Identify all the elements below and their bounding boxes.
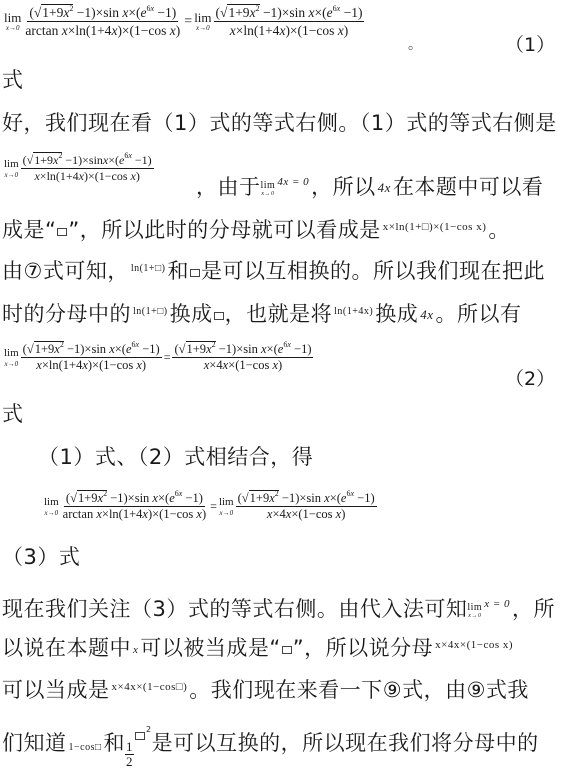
lhs-fraction: (√1+9x2 −1)×sin x×(e6x −1) arctan x×ln(1… xyxy=(23,4,182,39)
text-line: 式 xyxy=(2,402,24,426)
equation-1: limx→0 (√1+9x2 −1)×sin x×(e6x −1) arctan… xyxy=(4,4,364,39)
text-line: 好，我们现在看（1）式的等式右侧。（1）式的等式右侧是 xyxy=(2,111,557,135)
limit-operator: limx→0 xyxy=(4,11,21,32)
text-line: 可以当成是x×4x×(1−cos□)。我们现在来看一下⑨式，由⑨式我 xyxy=(2,675,529,702)
text-line: 现在我们关注（3）式的等式右侧。由代入法可知limx→0x = 0，所 xyxy=(2,592,555,621)
blank-box-icon xyxy=(214,312,224,320)
end-punct: 。 xyxy=(408,34,422,54)
text-line: 成是“”，所以此时的分母就可以看成是x×ln(1+□)×(1−cos x)。 xyxy=(2,215,510,242)
equation-2: limx→0 (√1+9x2 −1)×sin x×(e6x −1) x×ln(1… xyxy=(4,341,313,373)
blank-box-icon xyxy=(57,228,67,236)
limit-operator: limx→0 xyxy=(194,11,211,32)
text-line: 们知道1−cos□和122是可以互换的，所以现在我们将分母中的 xyxy=(2,730,539,769)
text-line: （1）式、（2）式相结合，得 xyxy=(38,445,313,469)
text-line: 由⑦式可知，ln(1+□)和是可以互相换的。所以我们现在把此 xyxy=(2,257,545,283)
blank-box-icon xyxy=(135,732,145,740)
blank-box-icon xyxy=(282,646,292,654)
text-line: 式 xyxy=(2,68,24,92)
blank-box-icon xyxy=(190,269,200,277)
equation-3: limx→0 (√1+9x2 −1)×sin x×(e6x −1) arctan… xyxy=(44,490,377,522)
equation-label-3: （3）式 xyxy=(2,545,80,569)
fraction-one-half: 12 xyxy=(125,740,134,769)
equation-label-1: （1） xyxy=(505,30,555,57)
text-line: 时的分母中的ln(1+□)换成，也就是将ln(1+4x)换成4x。所以有 xyxy=(2,300,521,327)
equation-label-2: （2） xyxy=(505,364,555,391)
text-line: ，由于limx→04x = 0，所以4x在本题中可以看 xyxy=(196,170,543,200)
rhs-fraction: (√1+9x2 −1)×sin x×(e6x −1) x×ln(1+4x)×(1… xyxy=(214,4,365,39)
inline-equation: limx→0 (√1+9x2 −1)×sinx×(e6x −1) x×ln(1+… xyxy=(4,152,154,184)
text-line: 以说在本题中x可以被当成是“”，所以说分母x×4x×(1−cos x) xyxy=(2,633,515,662)
